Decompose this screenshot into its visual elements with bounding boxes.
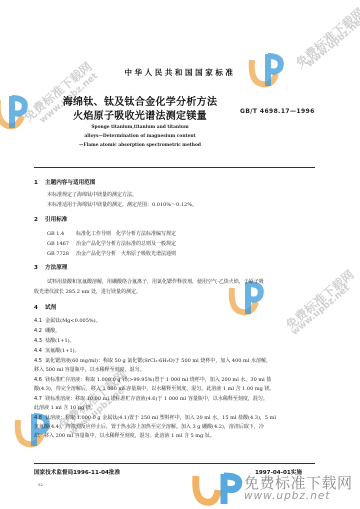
paragraph: 本标准适用于海绵钛中镁量的测定。测定范围：0.010%～0.12%。: [47, 202, 197, 209]
item-text: 金属钛(Mg<0.005%)。: [45, 318, 100, 324]
item-text: 镁标准溶液：移取 10.00 ml 镁标准贮存溶液(4.6)于 1 000 ml…: [45, 396, 268, 402]
section-number: 1: [34, 180, 45, 186]
section-number: 2: [34, 217, 45, 223]
title-cn-line1: 海绵钛、钛及钛合金化学分析方法: [60, 93, 220, 108]
reagent-item: 4.6 镁标准贮存溶液：称取 1.000 0 g 镁(>99.95%)置于 1 …: [34, 377, 316, 384]
item-number: 4.7: [34, 396, 42, 402]
reagent-item-continued: 氢氟酸(4.4)，待激烈反应停止后，置于热水浴上加热至完全溶解。加入 3 g 硼…: [34, 424, 316, 431]
section-title: 试剂: [45, 305, 56, 311]
item-text: 镁标准贮存溶液：称取 1.000 0 g 镁(>99.95%)置于 1 000 …: [45, 377, 271, 383]
reference-code: GB 7728: [47, 251, 76, 257]
item-number: 4.6: [34, 377, 42, 383]
title-en-line2: alloys—Determination of magnesium conten…: [60, 134, 220, 139]
reference-code: GB 1.4: [47, 231, 76, 237]
item-text: 硼酸。: [45, 328, 60, 334]
header-divider: [34, 167, 315, 168]
reference-title: 冶金产品化学分析 火焰原子吸收光谱法通则: [76, 251, 176, 257]
section-1-heading: 1主题内容与适用范围: [34, 178, 95, 186]
reagent-item: 4.3 盐酸(1+1)。: [34, 338, 316, 345]
paragraph: 本标准规定了海绵钛中镁量的测定方法。: [47, 192, 137, 199]
item-number: 4.8: [34, 415, 42, 421]
item-number: 4.2: [34, 328, 42, 334]
paragraph: 试料用盐酸和氢氟酸溶解，用硼酸络合氟离子，用氯化锶作释放剂，使用空气-乙炔火焰，…: [47, 279, 264, 286]
section-3-heading: 3方法原理: [34, 263, 67, 271]
item-number: 4.1: [34, 318, 42, 324]
section-number: 4: [34, 305, 45, 311]
page-number: 52: [38, 482, 43, 487]
item-number: 4.5: [34, 358, 42, 364]
reagent-item: 4.7 镁标准溶液：移取 10.00 ml 镁标准贮存溶液(4.6)于 1 00…: [34, 396, 316, 403]
reference-item: GB 1.4标准化工作导则 化学分析方法标准编写规定: [47, 230, 176, 237]
reagent-item-continued: 移入 500 ml 容量瓶中，以水稀释至刻度，混匀。: [34, 367, 316, 374]
brand-url: www.upbz.net: [244, 490, 331, 502]
paragraph: 收光谱仪波长 285.2 nm 处，进行镁量的测定。: [34, 289, 141, 296]
item-text: 氢氟酸(1+1)。: [45, 348, 79, 354]
reagent-item: 4.8 钛溶液：称取 1.000 0 g 金属钛(4.1)置于 250 ml 塑…: [34, 415, 316, 422]
national-standard-label: 中华人民共和国国家标准: [0, 67, 360, 78]
up-brand-logo-icon: [192, 470, 244, 506]
approval-date: 国家技术监督局1996-11-04批准: [34, 468, 120, 476]
watermark-text: 免费标准下载网: [292, 4, 360, 71]
section-title: 引用标准: [45, 217, 67, 223]
item-text: 氯化锶溶液(60 mg/ml)：称取 50 g 氯化锶(SrCl₂·6H₂O)于…: [45, 358, 271, 364]
section-title: 方法原理: [45, 265, 67, 271]
reagent-item-continued: 却，移入 200 ml 容量瓶中，以水稀释至刻度，混匀。此溶液 1 ml 含 5…: [34, 433, 316, 440]
item-number: 4.3: [34, 338, 42, 344]
reagent-item: 4.2 硼酸。: [34, 328, 316, 335]
title-en-line3: —Flame atomic absorption spectrometric m…: [60, 143, 220, 148]
section-4-heading: 4试剂: [34, 303, 56, 311]
section-title: 主题内容与适用范围: [45, 180, 95, 186]
footer-divider: [34, 463, 315, 464]
reagent-item-continued: 此溶液 1 ml 含 10 μg 镁。: [34, 405, 316, 412]
reagent-item-continued: 酸(4.3)，待完全溶解后，移入 1 000 ml 容量瓶中，以水稀释至刻度，混…: [34, 386, 316, 393]
section-2-heading: 2引用标准: [34, 215, 67, 223]
standard-code: GB/T 4698.17—1996: [240, 108, 315, 115]
title-cn-line2: 火焰原子吸收光谱法测定镁量: [60, 107, 220, 122]
reference-item: GB 7728冶金产品化学分析 火焰原子吸收光谱法通则: [47, 250, 176, 257]
reagent-item: 4.1 金属钛(Mg<0.005%)。: [34, 318, 316, 325]
up-logo-icon: [0, 92, 28, 132]
item-number: 4.4: [34, 348, 42, 354]
reference-code: GB 1467: [47, 241, 76, 247]
section-number: 3: [34, 265, 45, 271]
reference-title: 冶金产品化学分析方法标准的总则及一般规定: [76, 241, 176, 247]
reference-item: GB 1467冶金产品化学分析方法标准的总则及一般规定: [47, 240, 176, 247]
reference-title: 标准化工作导则 化学分析方法标准编写规定: [76, 231, 176, 237]
reagent-item: 4.5 氯化锶溶液(60 mg/ml)：称取 50 g 氯化锶(SrCl₂·6H…: [34, 358, 316, 365]
item-text: 盐酸(1+1)。: [45, 338, 74, 344]
reagent-item: 4.4 氢氟酸(1+1)。: [34, 348, 316, 355]
item-text: 钛溶液：称取 1.000 0 g 金属钛(4.1)置于 250 ml 塑料杯中，…: [45, 415, 276, 421]
title-en-line1: Sponge titanium,titanium and titanium: [60, 125, 220, 130]
